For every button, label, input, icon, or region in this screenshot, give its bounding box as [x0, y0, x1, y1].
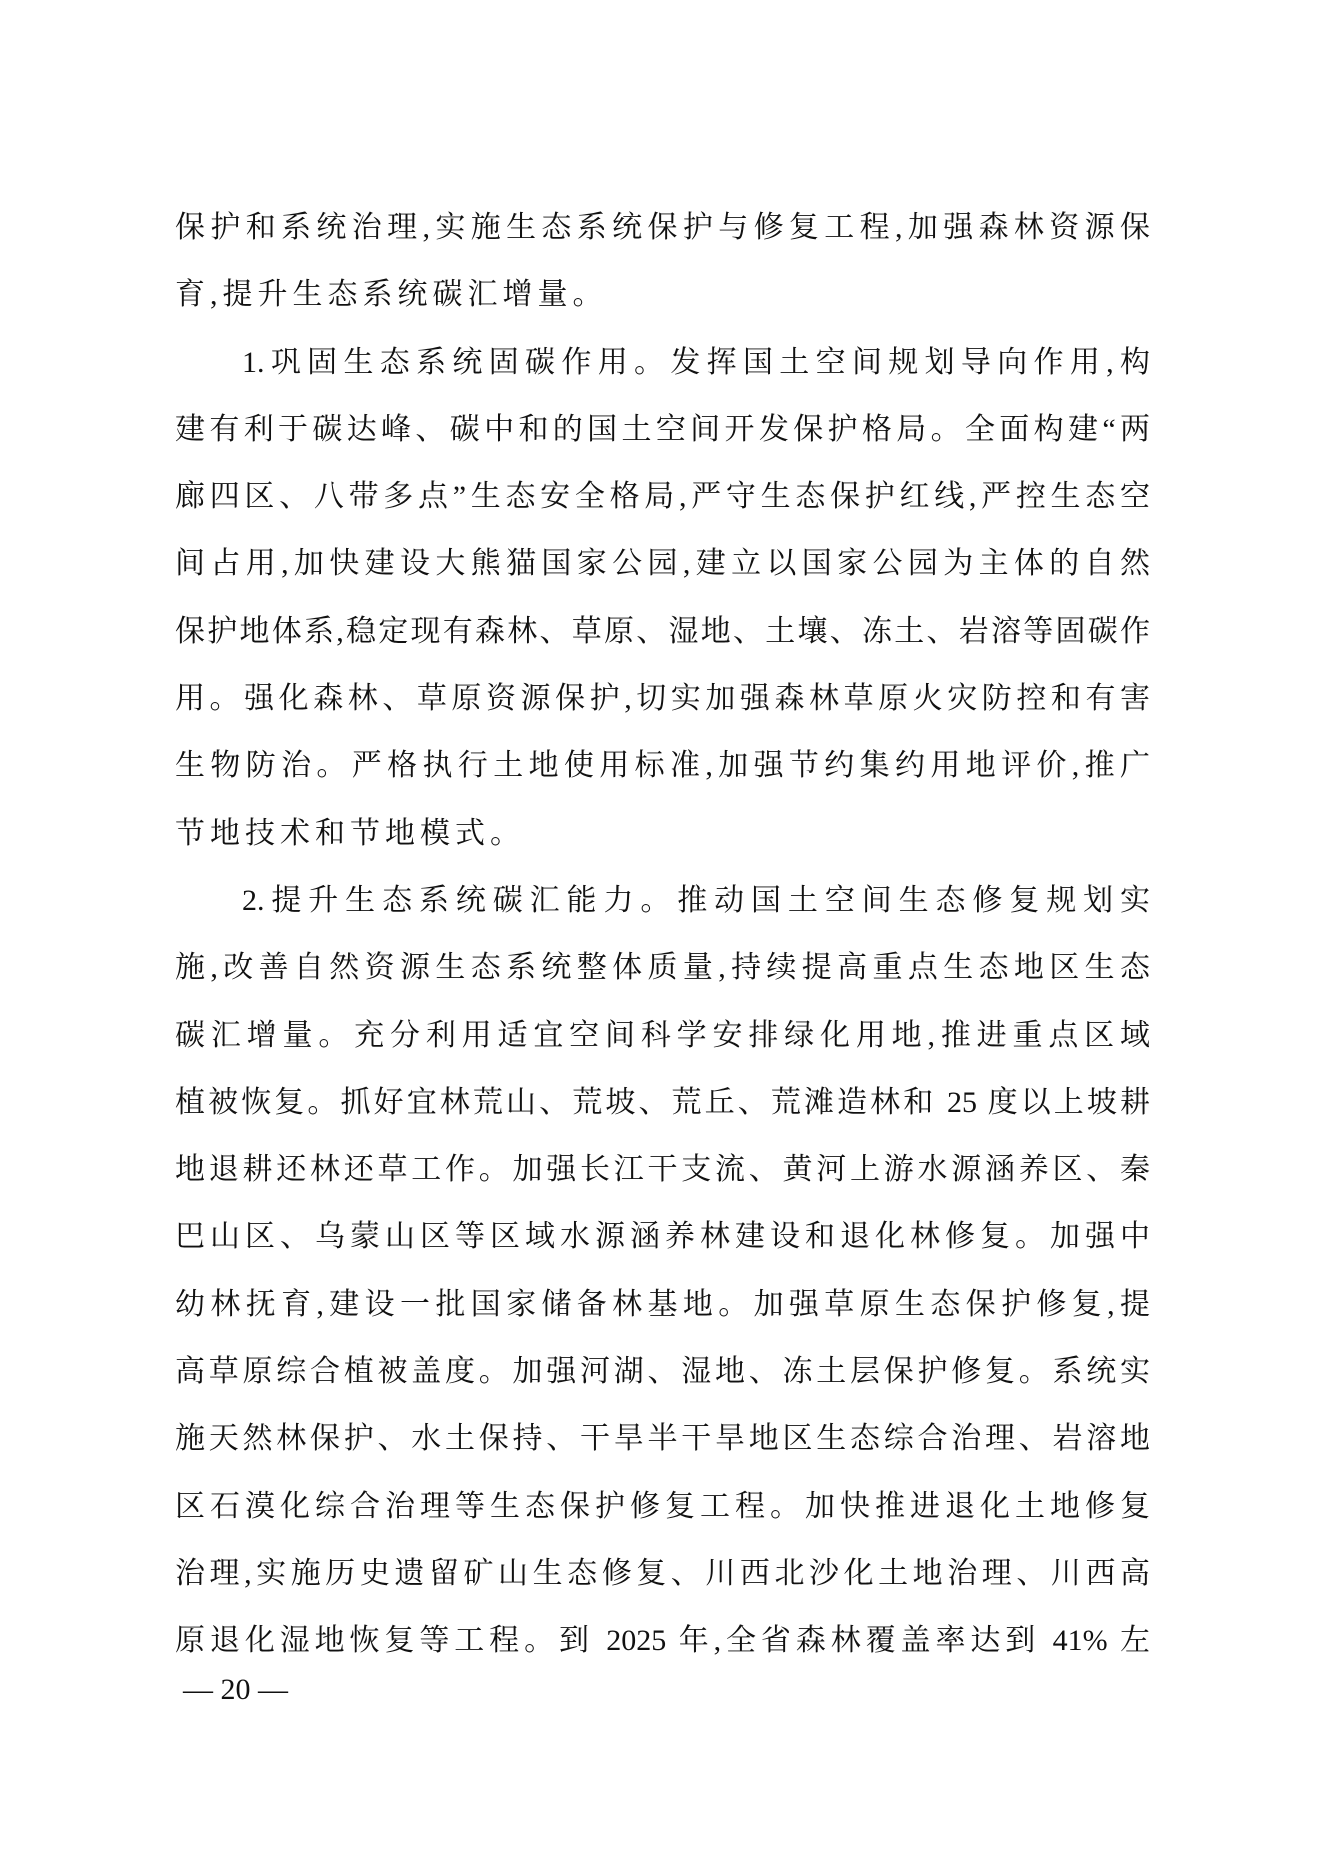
text-line: 用。强化森林、草原资源保护,切实加强森林草原火灾防控和有害 — [175, 665, 1150, 732]
text-line: 碳汇增量。充分利用适宜空间科学安排绿化用地,推进重点区域 — [175, 1002, 1150, 1069]
paragraph-heading-line: 2.提升生态系统碳汇能力。推动国土空间生态修复规划实 — [175, 867, 1150, 934]
body-text: 保护和系统治理,实施生态系统保护与修复工程,加强森林资源保 育,提升生态系统碳汇… — [175, 194, 1150, 1675]
text-line: 区石漠化综合治理等生态保护修复工程。加快推进退化土地修复 — [175, 1473, 1150, 1540]
text-line: 高草原综合植被盖度。加强河湖、湿地、冻土层保护修复。系统实 — [175, 1338, 1150, 1405]
text-line: 建有利于碳达峰、碳中和的国土空间开发保护格局。全面构建“两 — [175, 396, 1150, 463]
text-line: 育,提升生态系统碳汇增量。 — [175, 261, 1150, 328]
paragraph-continuation: 保护和系统治理,实施生态系统保护与修复工程,加强森林资源保 育,提升生态系统碳汇… — [175, 194, 1150, 329]
page-number: — 20 — — [183, 1672, 288, 1708]
text-line: 保护和系统治理,实施生态系统保护与修复工程,加强森林资源保 — [175, 194, 1150, 261]
text-line: 廊四区、八带多点”生态安全格局,严守生态保护红线,严控生态空 — [175, 463, 1150, 530]
text-line: 巴山区、乌蒙山区等区域水源涵养林建设和退化林修复。加强中 — [175, 1203, 1150, 1270]
text-line: 施天然林保护、水土保持、干旱半干旱地区生态综合治理、岩溶地 — [175, 1405, 1150, 1472]
paragraph-enhance-carbon-sink: 2.提升生态系统碳汇能力。推动国土空间生态修复规划实 施,改善自然资源生态系统整… — [175, 867, 1150, 1675]
document-page: 保护和系统治理,实施生态系统保护与修复工程,加强森林资源保 育,提升生态系统碳汇… — [0, 0, 1323, 1871]
paragraph-consolidate-carbon-fixation: 1.巩固生态系统固碳作用。发挥国土空间规划导向作用,构 建有利于碳达峰、碳中和的… — [175, 329, 1150, 867]
text-line: 植被恢复。抓好宜林荒山、荒坡、荒丘、荒滩造林和 25 度以上坡耕 — [175, 1069, 1150, 1136]
text-line: 原退化湿地恢复等工程。到 2025 年,全省森林覆盖率达到 41% 左 — [175, 1607, 1150, 1674]
text-line: 节地技术和节地模式。 — [175, 800, 1150, 867]
text-line: 地退耕还林还草工作。加强长江干支流、黄河上游水源涵养区、秦 — [175, 1136, 1150, 1203]
text-line: 生物防治。严格执行土地使用标准,加强节约集约用地评价,推广 — [175, 732, 1150, 799]
text-line: 幼林抚育,建设一批国家储备林基地。加强草原生态保护修复,提 — [175, 1271, 1150, 1338]
text-line: 保护地体系,稳定现有森林、草原、湿地、土壤、冻土、岩溶等固碳作 — [175, 598, 1150, 665]
paragraph-heading-line: 1.巩固生态系统固碳作用。发挥国土空间规划导向作用,构 — [175, 329, 1150, 396]
text-line: 施,改善自然资源生态系统整体质量,持续提高重点生态地区生态 — [175, 934, 1150, 1001]
text-line: 治理,实施历史遗留矿山生态修复、川西北沙化土地治理、川西高 — [175, 1540, 1150, 1607]
text-line: 间占用,加快建设大熊猫国家公园,建立以国家公园为主体的自然 — [175, 530, 1150, 597]
